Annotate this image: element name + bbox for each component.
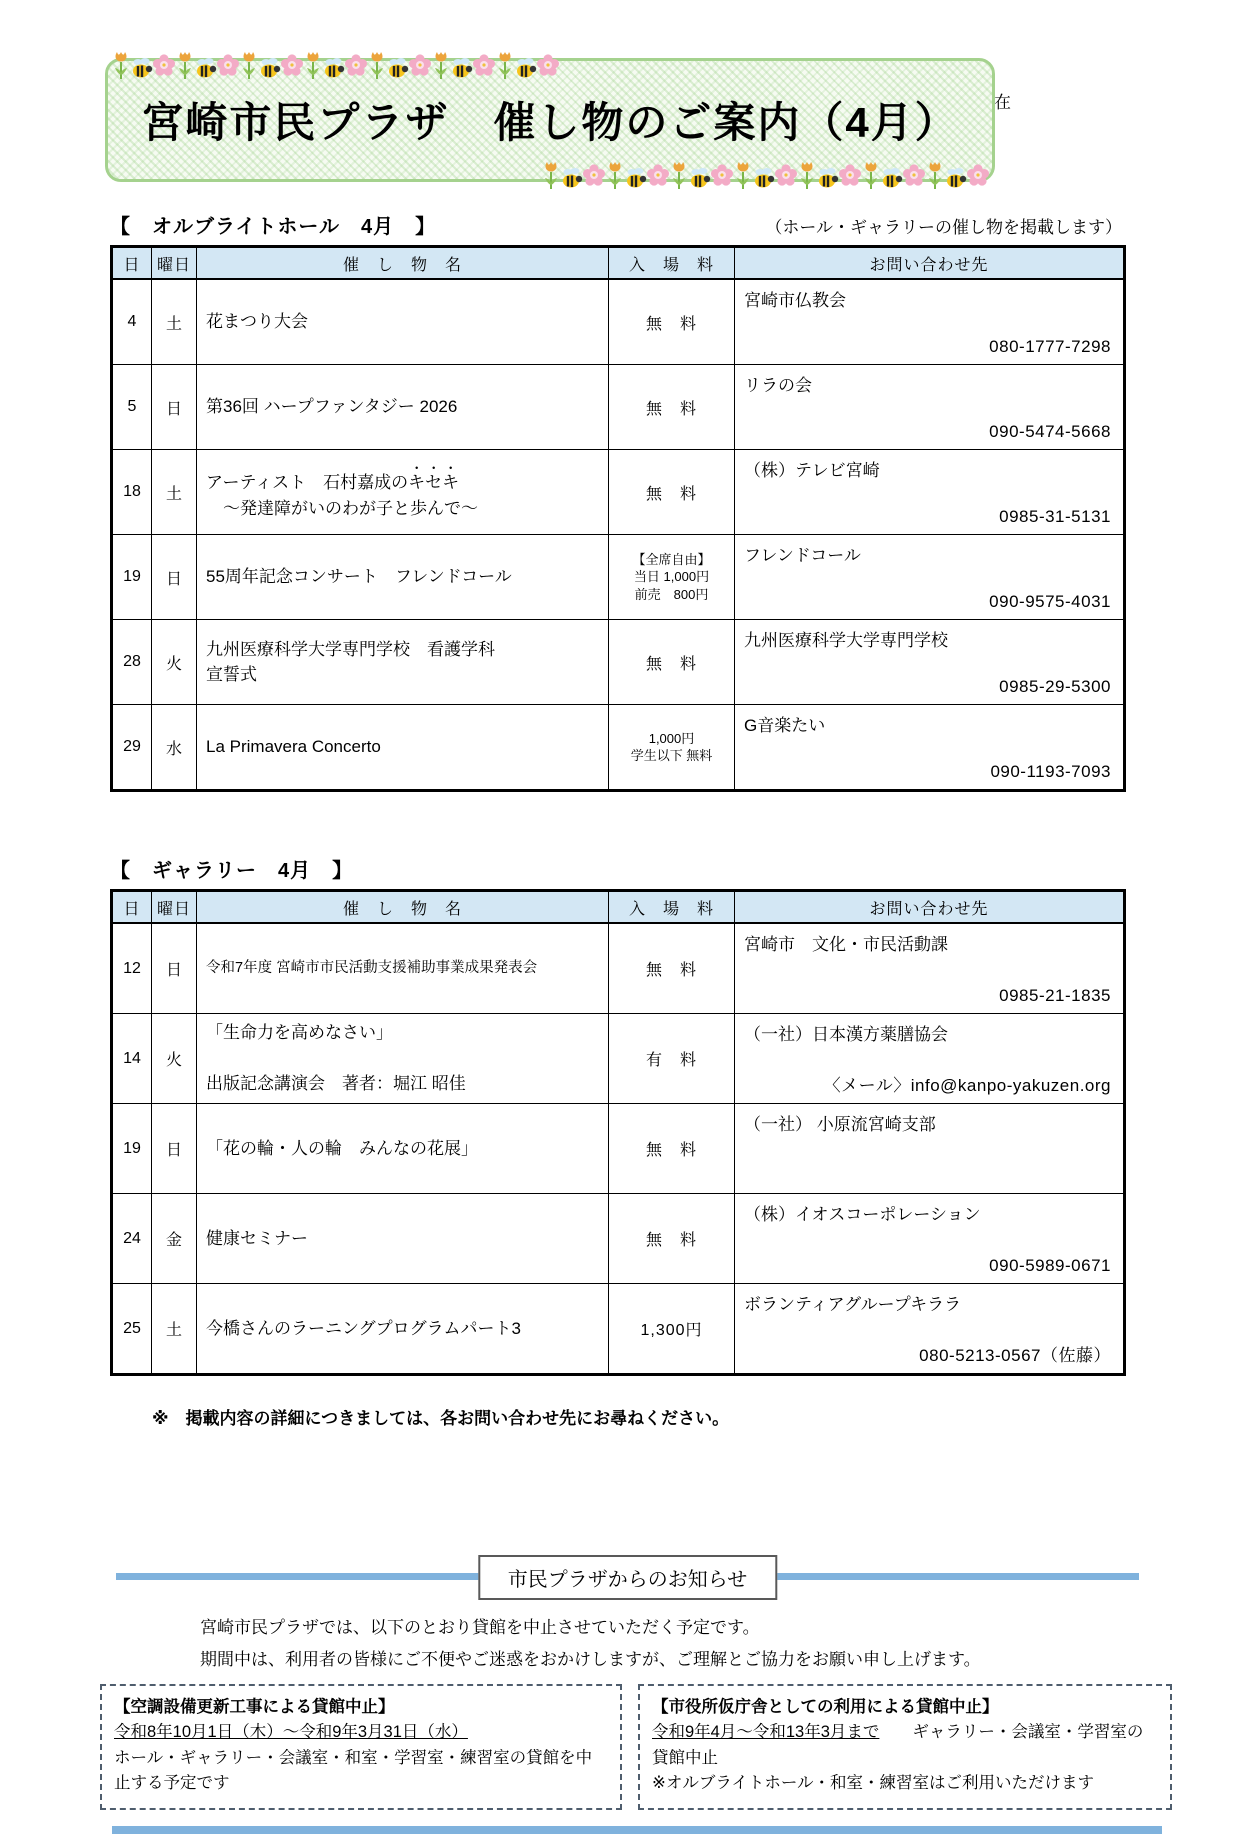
- event-name-cell: アーティスト 石村嘉成のキセキ ～発達障がいのわが子と歩んで～: [197, 450, 609, 535]
- contact-phone: 090-5989-0671: [989, 1256, 1111, 1276]
- fee-cell: 無 料: [609, 923, 735, 1014]
- event-name-cell: 「花の輪・人の輪 みんなの花展」: [197, 1104, 609, 1194]
- cityhall-closure-notice-box: 【市役所仮庁舎としての利用による貸館中止】 令和9年4月～令和13年3月まで ギ…: [638, 1684, 1172, 1810]
- contact-cell: 宮崎市 文化・市民活動課 0985-21-1835: [735, 923, 1125, 1014]
- announcement-line-1: 宮崎市民プラザでは、以下のとおり貸館を中止させていただく予定です。: [200, 1615, 1240, 1641]
- gallery-section-header: 【 ギャラリー 4月 】: [110, 854, 1122, 883]
- fee-cell: 有 料: [609, 1014, 735, 1104]
- weekday-cell: 土: [152, 1284, 197, 1375]
- event-name-cell: 第36回 ハープファンタジー 2026: [197, 365, 609, 450]
- contact-org: （一社） 小原流宮崎支部: [744, 1110, 936, 1135]
- notice-detail: ※オルブライトホール・和室・練習室はご利用いただけます: [652, 1771, 1158, 1797]
- contact-org: 宮崎市仏教会: [744, 286, 846, 311]
- contact-cell: ボランティアグループキララ 080-5213-0567（佐藤）: [735, 1284, 1125, 1375]
- contact-org: G音楽たい: [744, 711, 825, 736]
- contact-cell: G音楽たい 090-1193-7093: [735, 705, 1125, 791]
- day-cell: 12: [112, 923, 152, 1014]
- table-row: 4 土 花まつり大会 無 料 宮崎市仏教会 080-1777-7298: [112, 279, 1125, 365]
- col-header-fee: 入 場 料: [609, 891, 735, 924]
- day-cell: 14: [112, 1014, 152, 1104]
- weekday-cell: 日: [152, 1104, 197, 1194]
- table-row: 19 日 55周年記念コンサート フレンドコール 【全席自由】 当日 1,000…: [112, 535, 1125, 620]
- table-header-row: 日 曜日 催 し 物 名 入 場 料 お問い合わせ先: [112, 891, 1125, 924]
- notice-period: 令和8年10月1日（木）～令和9年3月31日（水）: [114, 1720, 608, 1746]
- table-row: 29 水 La Primavera Concerto 1,000円 学生以下 無…: [112, 705, 1125, 791]
- announcement-line-2: 期間中は、利用者の皆様にご不便やご迷惑をおかけしますが、ご理解とご協力をお願い申…: [200, 1647, 1240, 1673]
- col-header-weekday: 曜日: [152, 891, 197, 924]
- day-cell: 29: [112, 705, 152, 791]
- day-cell: 25: [112, 1284, 152, 1375]
- contact-phone: 090-9575-4031: [989, 592, 1111, 612]
- weekday-cell: 日: [152, 535, 197, 620]
- day-cell: 18: [112, 450, 152, 535]
- table-header-row: 日 曜日 催 し 物 名 入 場 料 お問い合わせ先: [112, 247, 1125, 280]
- event-name-cell: 花まつり大会: [197, 279, 609, 365]
- contact-org: 宮崎市 文化・市民活動課: [744, 930, 948, 955]
- decorative-flower-strip-bottom: [544, 157, 996, 191]
- col-header-contact: お問い合わせ先: [735, 891, 1125, 924]
- fee-cell: 無 料: [609, 450, 735, 535]
- contact-cell: （一社） 小原流宮崎支部: [735, 1104, 1125, 1194]
- weekday-cell: 金: [152, 1194, 197, 1284]
- day-cell: 5: [112, 365, 152, 450]
- contact-phone: 090-5474-5668: [989, 422, 1111, 442]
- contact-org: （一社）日本漢方薬膳協会: [744, 1020, 948, 1045]
- fee-cell: 1,000円 学生以下 無料: [609, 705, 735, 791]
- hall-section-title: 【 オルブライトホール 4月 】: [110, 210, 436, 239]
- contact-cell: 宮崎市仏教会 080-1777-7298: [735, 279, 1125, 365]
- table-row: 24 金 健康セミナー 無 料 （株）イオスコーポレーション 090-5989-…: [112, 1194, 1125, 1284]
- contact-cell: フレンドコール 090-9575-4031: [735, 535, 1125, 620]
- event-name-cell: 55周年記念コンサート フレンドコール: [197, 535, 609, 620]
- notice-title: 【市役所仮庁舎としての利用による貸館中止】: [652, 1695, 1158, 1721]
- table-row: 19 日 「花の輪・人の輪 みんなの花展」 無 料 （一社） 小原流宮崎支部: [112, 1104, 1125, 1194]
- col-header-day: 日: [112, 247, 152, 280]
- event-name-cell: La Primavera Concerto: [197, 705, 609, 791]
- contact-phone: 080-5213-0567（佐藤）: [919, 1341, 1111, 1366]
- day-cell: 19: [112, 535, 152, 620]
- weekday-cell: 土: [152, 279, 197, 365]
- announcement-title: 市民プラザからのお知らせ: [478, 1555, 777, 1600]
- fee-cell: 1,300円: [609, 1284, 735, 1375]
- notice-period: 令和9年4月～令和13年3月まで ギャラリー・会議室・学習室の貸館中止: [652, 1720, 1158, 1771]
- contact-org: リラの会: [744, 371, 812, 396]
- title-banner: 宮崎市民プラザ 催し物のご案内（4月）: [105, 58, 995, 182]
- col-header-contact: お問い合わせ先: [735, 247, 1125, 280]
- table-row: 12 日 令和7年度 宮崎市市民活動支援補助事業成果発表会 無 料 宮崎市 文化…: [112, 923, 1125, 1014]
- table-row: 5 日 第36回 ハープファンタジー 2026 無 料 リラの会 090-547…: [112, 365, 1125, 450]
- gallery-events-table: 日 曜日 催 し 物 名 入 場 料 お問い合わせ先 12 日 令和7年度 宮崎…: [110, 889, 1126, 1376]
- fee-cell: 無 料: [609, 365, 735, 450]
- decorative-flower-strip-top: [114, 47, 566, 81]
- contact-phone: 0985-21-1835: [999, 986, 1111, 1006]
- gallery-section-title: 【 ギャラリー 4月 】: [110, 854, 353, 883]
- fee-cell: 無 料: [609, 620, 735, 705]
- table-row: 25 土 今橋さんのラーニングプログラムパート3 1,300円 ボランティアグル…: [112, 1284, 1125, 1375]
- day-cell: 4: [112, 279, 152, 365]
- weekday-cell: 土: [152, 450, 197, 535]
- page-title: 宮崎市民プラザ 催し物のご案内（4月）: [141, 90, 958, 150]
- bottom-blue-line: [112, 1826, 1162, 1834]
- hall-section-note: （ホール・ギャラリーの催し物を掲載します）: [765, 213, 1122, 238]
- col-header-event: 催 し 物 名: [197, 891, 609, 924]
- weekday-cell: 火: [152, 1014, 197, 1104]
- hall-events-table: 日 曜日 催 し 物 名 入 場 料 お問い合わせ先 4 土 花まつり大会 無 …: [110, 245, 1126, 792]
- event-name-cell: 「生命力を高めなさい」 出版記念講演会 著者：堀江 昭佳: [197, 1014, 609, 1104]
- weekday-cell: 水: [152, 705, 197, 791]
- contact-org: （株）テレビ宮崎: [744, 456, 880, 481]
- event-name-cell: 健康セミナー: [197, 1194, 609, 1284]
- contact-phone: 0985-29-5300: [999, 677, 1111, 697]
- col-header-fee: 入 場 料: [609, 247, 735, 280]
- contact-cell: （株）テレビ宮崎 0985-31-5131: [735, 450, 1125, 535]
- day-cell: 24: [112, 1194, 152, 1284]
- col-header-day: 日: [112, 891, 152, 924]
- day-cell: 19: [112, 1104, 152, 1194]
- contact-cell: （一社）日本漢方薬膳協会 〈メール〉info@kanpo-yakuzen.org: [735, 1014, 1125, 1104]
- event-name-cell: 九州医療科学大学専門学校 看護学科 宣誓式: [197, 620, 609, 705]
- contact-phone: 080-1777-7298: [989, 337, 1111, 357]
- fee-cell: 無 料: [609, 1104, 735, 1194]
- table-row: 18 土 アーティスト 石村嘉成のキセキ ～発達障がいのわが子と歩んで～ 無 料…: [112, 450, 1125, 535]
- contact-cell: リラの会 090-5474-5668: [735, 365, 1125, 450]
- weekday-cell: 日: [152, 923, 197, 1014]
- footnote: ※ 掲載内容の詳細につきましては、各お問い合わせ先にお尋ねください。: [152, 1404, 1240, 1429]
- aircon-closure-notice-box: 【空調設備更新工事による貸館中止】 令和8年10月1日（木）～令和9年3月31日…: [100, 1684, 622, 1810]
- col-header-weekday: 曜日: [152, 247, 197, 280]
- notice-title: 【空調設備更新工事による貸館中止】: [114, 1695, 608, 1721]
- table-row: 14 火 「生命力を高めなさい」 出版記念講演会 著者：堀江 昭佳 有 料 （一…: [112, 1014, 1125, 1104]
- table-row: 28 火 九州医療科学大学専門学校 看護学科 宣誓式 無 料 九州医療科学大学専…: [112, 620, 1125, 705]
- contact-org: （株）イオスコーポレーション: [744, 1200, 981, 1225]
- contact-cell: （株）イオスコーポレーション 090-5989-0671: [735, 1194, 1125, 1284]
- weekday-cell: 火: [152, 620, 197, 705]
- contact-org: 九州医療科学大学専門学校: [744, 626, 948, 651]
- contact-cell: 九州医療科学大学専門学校 0985-29-5300: [735, 620, 1125, 705]
- contact-phone: 090-1193-7093: [990, 762, 1111, 782]
- col-header-event: 催 し 物 名: [197, 247, 609, 280]
- notice-detail: ホール・ギャラリー・会議室・和室・学習室・練習室の貸館を中止する予定です: [114, 1746, 608, 1797]
- contact-phone: 0985-31-5131: [999, 507, 1111, 527]
- contact-email: 〈メール〉info@kanpo-yakuzen.org: [824, 1071, 1111, 1096]
- notice-boxes: 【空調設備更新工事による貸館中止】 令和8年10月1日（木）～令和9年3月31日…: [100, 1684, 1240, 1810]
- event-name-cell: 令和7年度 宮崎市市民活動支援補助事業成果発表会: [197, 923, 609, 1014]
- weekday-cell: 日: [152, 365, 197, 450]
- day-cell: 28: [112, 620, 152, 705]
- event-name-cell: 今橋さんのラーニングプログラムパート3: [197, 1284, 609, 1375]
- hall-section-header: 【 オルブライトホール 4月 】 （ホール・ギャラリーの催し物を掲載します）: [110, 210, 1122, 239]
- contact-org: ボランティアグループキララ: [744, 1290, 961, 1315]
- fee-cell: 【全席自由】 当日 1,000円 前売 800円: [609, 535, 735, 620]
- fee-cell: 無 料: [609, 1194, 735, 1284]
- contact-org: フレンドコール: [744, 541, 861, 566]
- fee-cell: 無 料: [609, 279, 735, 365]
- announcement-divider: 市民プラザからのお知らせ: [116, 1557, 1139, 1597]
